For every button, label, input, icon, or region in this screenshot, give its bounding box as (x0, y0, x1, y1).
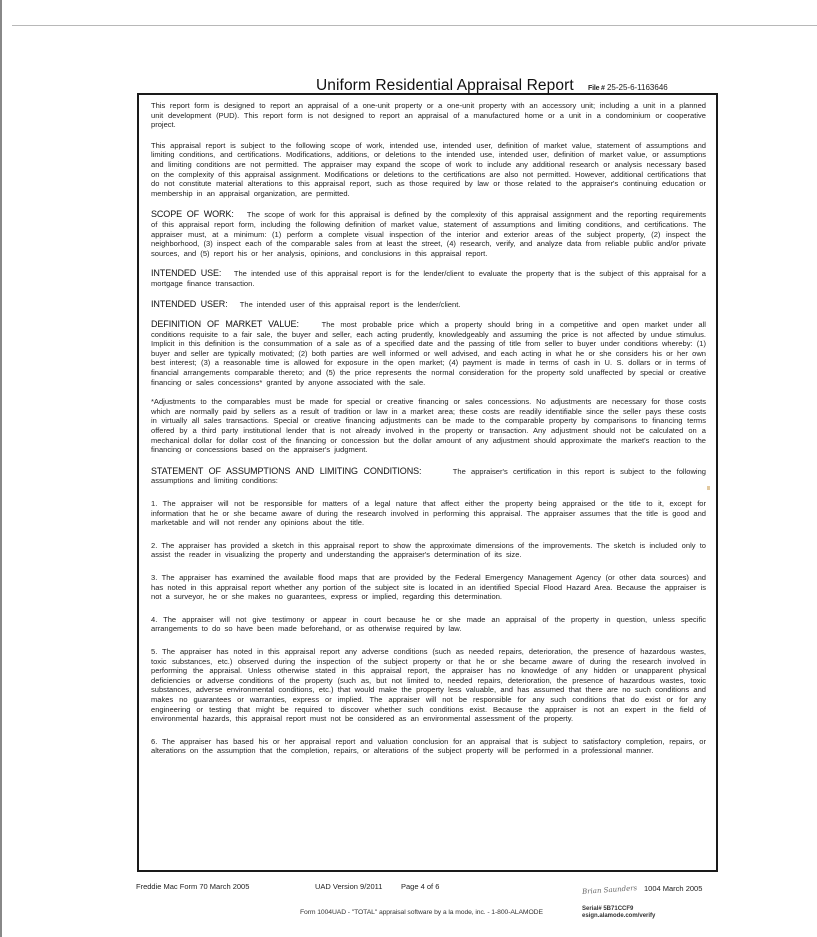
footer-serial: Serial# 5B71CCF9 esign.alamode.com/verif… (582, 906, 655, 920)
adjustments-note: *Adjustments to the comparables must be … (151, 397, 706, 455)
condition-item-3: 3. The appraiser has examined the availa… (151, 573, 706, 602)
form-body: This report form is designed to report a… (151, 101, 706, 756)
intro-paragraph: This report form is designed to report a… (151, 101, 706, 130)
assumptions-heading: STATEMENT OF ASSUMPTIONS AND LIMITING CO… (151, 466, 421, 476)
scope-statement: This appraisal report is subject to the … (151, 141, 706, 199)
condition-item-5: 5. The appraiser has noted in this appra… (151, 647, 706, 724)
footer-page-number: Page 4 of 6 (401, 882, 439, 891)
scan-edge (0, 0, 2, 937)
condition-item-6: 6. The appraiser has based his or her ap… (151, 737, 706, 756)
file-number-value: 25-25-6-1163646 (607, 83, 668, 92)
intended-user-text: The intended user of this appraisal repo… (240, 300, 461, 309)
assumptions-section: STATEMENT OF ASSUMPTIONS AND LIMITING CO… (151, 467, 706, 486)
footer-freddie-mac-form: Freddie Mac Form 70 March 2005 (136, 882, 249, 891)
top-rule (12, 25, 817, 26)
scope-of-work-heading: SCOPE OF WORK: (151, 209, 234, 219)
serial-number: Serial# 5B71CCF9 (582, 906, 655, 913)
file-number-label: File # (588, 85, 605, 92)
intended-use-section: INTENDED USE: The intended use of this a… (151, 269, 706, 288)
intended-use-text: The intended use of this appraisal repor… (151, 269, 706, 288)
market-value-heading: DEFINITION OF MARKET VALUE: (151, 319, 299, 329)
intended-user-heading: INTENDED USER: (151, 299, 228, 309)
intended-use-heading: INTENDED USE: (151, 268, 221, 278)
condition-item-2: 2. The appraiser has provided a sketch i… (151, 541, 706, 560)
appraiser-signature: Brian Saunders (582, 884, 638, 896)
footer-software-line: Form 1004UAD - "TOTAL" appraisal softwar… (300, 909, 543, 916)
footer-fannie-mae-form: 1004 March 2005 (644, 884, 702, 893)
scope-of-work-section: SCOPE OF WORK: The scope of work for thi… (151, 210, 706, 258)
market-value-section: DEFINITION OF MARKET VALUE: The most pro… (151, 320, 706, 387)
condition-item-1: 1. The appraiser will not be responsible… (151, 499, 706, 528)
footer-uad-version: UAD Version 9/2011 (315, 882, 382, 891)
verify-link[interactable]: esign.alamode.com/verify (582, 913, 655, 920)
market-value-text: The most probable price which a property… (151, 320, 706, 387)
file-number: File # 25-25-6-1163646 (588, 83, 668, 92)
scan-artifact (707, 486, 710, 490)
condition-item-4: 4. The appraiser will not give testimony… (151, 615, 706, 634)
scope-of-work-text: The scope of work for this appraisal is … (151, 210, 706, 257)
intended-user-section: INTENDED USER: The intended user of this… (151, 300, 706, 310)
